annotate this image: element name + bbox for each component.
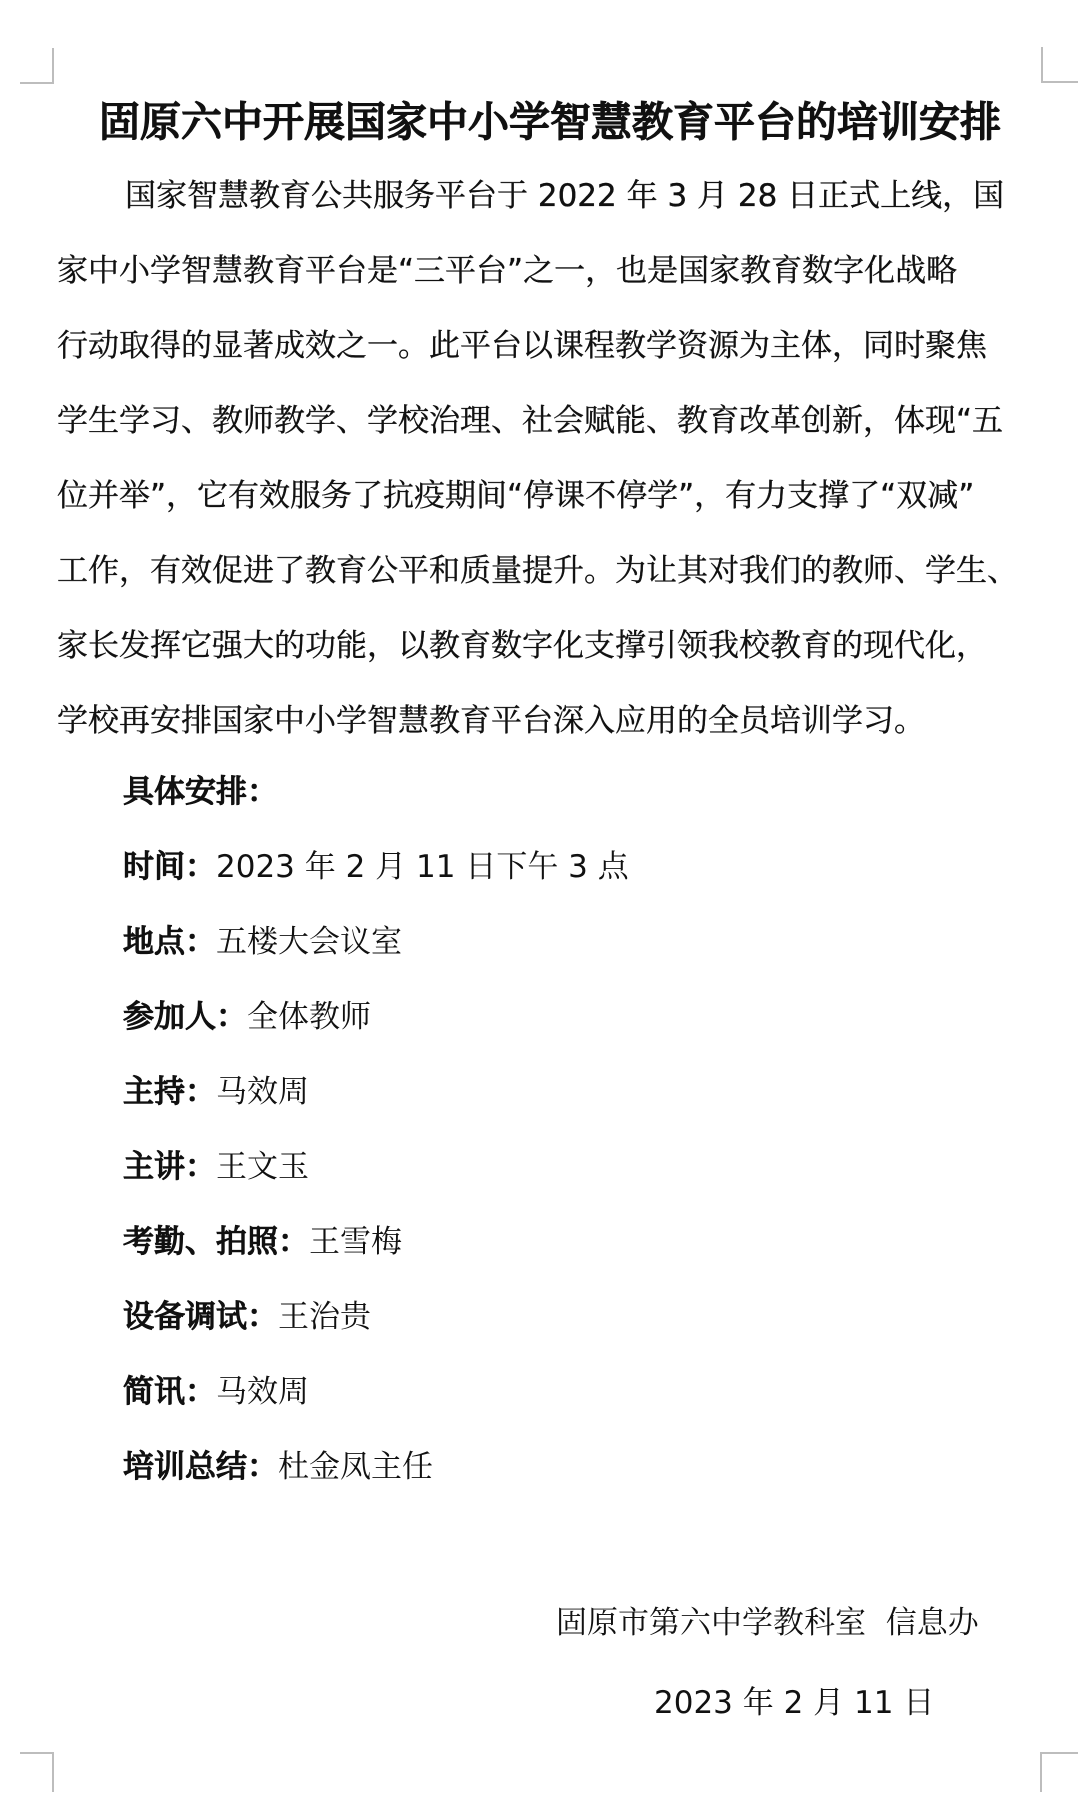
arrangement-heading-label: 具体安排：	[123, 774, 278, 810]
item-label: 主讲：	[123, 1149, 216, 1185]
crop-mark-bottom-left	[20, 1752, 54, 1792]
item-label: 考勤、拍照：	[123, 1224, 309, 1260]
item-value: 王文玉	[216, 1149, 309, 1185]
arrangement-item-attendance-photo: 考勤、拍照：王雪梅	[123, 1222, 402, 1262]
paragraph-line: 行动取得的显著成效之一。此平台以课程教学资源为主体，同时聚焦	[57, 326, 987, 366]
item-label: 简讯：	[123, 1374, 216, 1410]
item-label: 主持：	[123, 1074, 216, 1110]
arrangement-heading: 具体安排：	[123, 772, 278, 812]
item-value: 马效周	[216, 1074, 309, 1110]
paragraph-line: 家长发挥它强大的功能，以教育数字化支撑引领我校教育的现代化，	[57, 626, 987, 666]
crop-mark-bottom-right	[1040, 1752, 1078, 1792]
item-value: 2023 年 2 月 11 日下午 3 点	[216, 849, 629, 885]
item-value: 杜金凤主任	[278, 1449, 433, 1485]
signature-issuer: 固原市第六中学教科室 信息办	[556, 1603, 979, 1643]
arrangement-item-news-brief: 简讯：马效周	[123, 1372, 309, 1412]
item-label: 地点：	[123, 924, 216, 960]
item-value: 五楼大会议室	[216, 924, 402, 960]
paragraph-line: 位并举”，它有效服务了抗疫期间“停课不停学”，有力支撑了“双减”	[57, 476, 974, 516]
item-value: 王雪梅	[309, 1224, 402, 1260]
arrangement-item-participants: 参加人：全体教师	[123, 997, 371, 1037]
paragraph-line: 学校再安排国家中小学智慧教育平台深入应用的全员培训学习。	[57, 701, 925, 741]
item-label: 时间：	[123, 849, 216, 885]
crop-mark-top-left	[20, 48, 54, 84]
arrangement-item-location: 地点：五楼大会议室	[123, 922, 402, 962]
item-value: 全体教师	[247, 999, 371, 1035]
arrangement-item-equipment: 设备调试：王治贵	[123, 1297, 371, 1337]
item-value: 王治贵	[278, 1299, 371, 1335]
paragraph-line: 家中小学智慧教育平台是“三平台”之一，也是国家教育数字化战略	[57, 251, 957, 291]
paragraph-line: 国家智慧教育公共服务平台于 2022 年 3 月 28 日正式上线，国	[125, 176, 1004, 216]
paragraph-line: 学生学习、教师教学、学校治理、社会赋能、教育改革创新，体现“五	[57, 401, 1003, 441]
crop-mark-top-right	[1041, 47, 1078, 83]
item-label: 设备调试：	[123, 1299, 278, 1335]
paragraph-line: 工作，有效促进了教育公平和质量提升。为让其对我们的教师、学生、	[57, 551, 1018, 591]
arrangement-item-host: 主持：马效周	[123, 1072, 309, 1112]
signature-date: 2023 年 2 月 11 日	[654, 1683, 934, 1723]
item-label: 参加人：	[123, 999, 247, 1035]
document-title: 固原六中开展国家中小学智慧教育平台的培训安排	[0, 96, 1080, 148]
item-label: 培训总结：	[123, 1449, 278, 1485]
arrangement-item-time: 时间：2023 年 2 月 11 日下午 3 点	[123, 847, 629, 887]
item-value: 马效周	[216, 1374, 309, 1410]
arrangement-item-summary: 培训总结：杜金凤主任	[123, 1447, 433, 1487]
arrangement-item-speaker: 主讲：王文玉	[123, 1147, 309, 1187]
